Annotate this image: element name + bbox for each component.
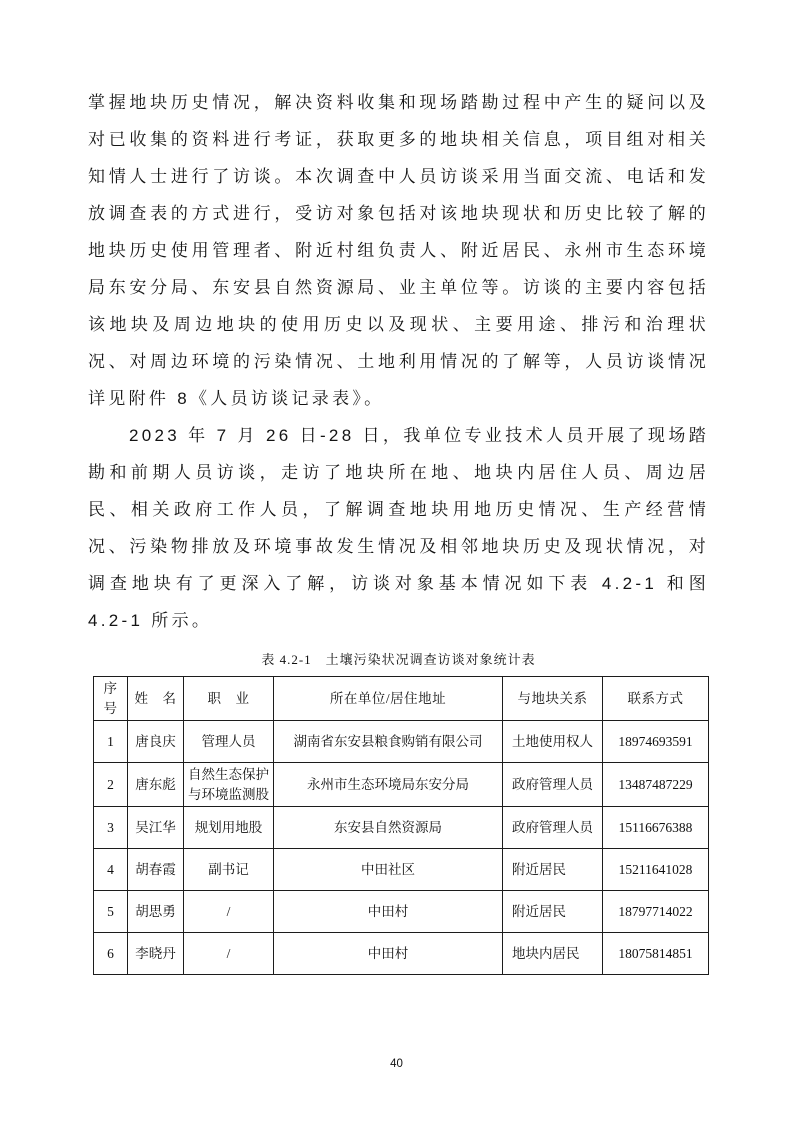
paragraph: 掌握地块历史情况，解决资料收集和现场踏勘过程中产生的疑问以及对已收集的资料进行考… — [88, 84, 709, 417]
cell-seq: 1 — [94, 721, 128, 763]
cell-seq: 4 — [94, 849, 128, 891]
cell-relation: 附近居民 — [503, 849, 603, 891]
cell-address: 中田村 — [274, 933, 503, 975]
cell-phone: 15116676388 — [603, 807, 709, 849]
cell-job: / — [184, 891, 274, 933]
column-header-seq: 序号 — [94, 677, 128, 721]
interviewee-table: 序号 姓 名 职 业 所在单位/居住地址 与地块关系 联系方式 1 唐良庆 管理… — [93, 676, 709, 975]
cell-relation: 附近居民 — [503, 891, 603, 933]
cell-seq: 3 — [94, 807, 128, 849]
cell-address: 中田村 — [274, 891, 503, 933]
document-page: 掌握地块历史情况，解决资料收集和现场踏勘过程中产生的疑问以及对已收集的资料进行考… — [0, 0, 793, 1122]
cell-phone: 13487487229 — [603, 763, 709, 807]
cell-name: 吴江华 — [128, 807, 184, 849]
cell-phone: 18797714022 — [603, 891, 709, 933]
cell-phone: 18974693591 — [603, 721, 709, 763]
cell-relation: 政府管理人员 — [503, 763, 603, 807]
cell-name: 唐良庆 — [128, 721, 184, 763]
cell-phone: 15211641028 — [603, 849, 709, 891]
table-row: 1 唐良庆 管理人员 湖南省东安县粮食购销有限公司 土地使用权人 1897469… — [94, 721, 709, 763]
cell-seq: 5 — [94, 891, 128, 933]
cell-relation: 地块内居民 — [503, 933, 603, 975]
cell-job: 副书记 — [184, 849, 274, 891]
table-caption: 表 4.2-1 土壤污染状况调查访谈对象统计表 — [88, 649, 709, 668]
cell-job: 自然生态保护与环境监测股 — [184, 763, 274, 807]
cell-relation: 土地使用权人 — [503, 721, 603, 763]
cell-job: 管理人员 — [184, 721, 274, 763]
cell-address: 永州市生态环境局东安分局 — [274, 763, 503, 807]
cell-seq: 2 — [94, 763, 128, 807]
column-header-name: 姓 名 — [128, 677, 184, 721]
cell-address: 东安县自然资源局 — [274, 807, 503, 849]
column-header-job: 职 业 — [184, 677, 274, 721]
table-header-row: 序号 姓 名 职 业 所在单位/居住地址 与地块关系 联系方式 — [94, 677, 709, 721]
table-row: 3 吴江华 规划用地股 东安县自然资源局 政府管理人员 15116676388 — [94, 807, 709, 849]
cell-seq: 6 — [94, 933, 128, 975]
paragraph: 2023 年 7 月 26 日-28 日，我单位专业技术人员开展了现场踏勘和前期… — [88, 417, 709, 639]
table-row: 4 胡春霞 副书记 中田社区 附近居民 15211641028 — [94, 849, 709, 891]
column-header-phone: 联系方式 — [603, 677, 709, 721]
cell-name: 唐东彪 — [128, 763, 184, 807]
cell-address: 中田社区 — [274, 849, 503, 891]
table-row: 6 李晓丹 / 中田村 地块内居民 18075814851 — [94, 933, 709, 975]
table-row: 2 唐东彪 自然生态保护与环境监测股 永州市生态环境局东安分局 政府管理人员 1… — [94, 763, 709, 807]
page-number: 40 — [0, 1058, 793, 1070]
page-content: 掌握地块历史情况，解决资料收集和现场踏勘过程中产生的疑问以及对已收集的资料进行考… — [0, 0, 793, 975]
cell-phone: 18075814851 — [603, 933, 709, 975]
column-header-relation: 与地块关系 — [503, 677, 603, 721]
cell-name: 胡春霞 — [128, 849, 184, 891]
table-row: 5 胡思勇 / 中田村 附近居民 18797714022 — [94, 891, 709, 933]
cell-name: 李晓丹 — [128, 933, 184, 975]
cell-job: 规划用地股 — [184, 807, 274, 849]
cell-job: / — [184, 933, 274, 975]
cell-address: 湖南省东安县粮食购销有限公司 — [274, 721, 503, 763]
cell-name: 胡思勇 — [128, 891, 184, 933]
column-header-address: 所在单位/居住地址 — [274, 677, 503, 721]
cell-relation: 政府管理人员 — [503, 807, 603, 849]
